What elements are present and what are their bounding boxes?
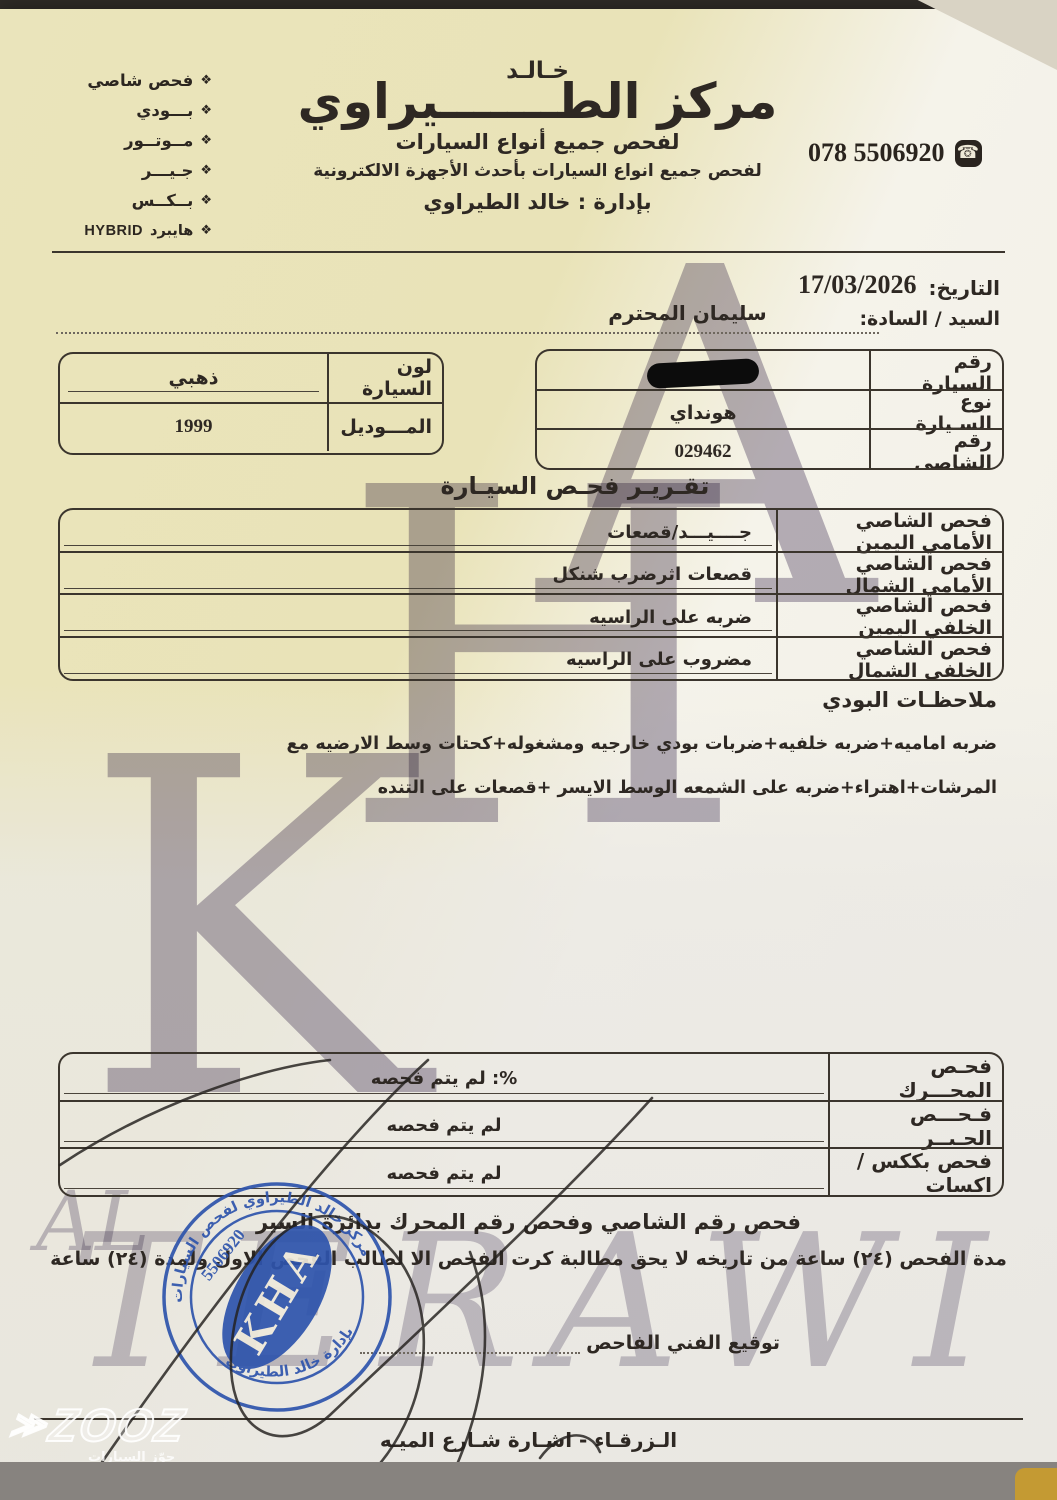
- table-row: لون السيارة ذهبي: [60, 354, 442, 402]
- center-subtitle-2: لفحص جميع انواع السيارات بأحدث الأجهزة ا…: [225, 161, 850, 181]
- inspection-value: ضربه على الراسيه: [60, 595, 776, 639]
- center-title: مركز الطـــــــيراوي: [225, 74, 850, 130]
- header-divider: [52, 251, 1005, 253]
- zooz-logo: ≫ ZOOZ: [7, 1402, 243, 1448]
- inspection-label: فحص الشاصي الأمامي اليمين: [776, 510, 1002, 554]
- zooz-logo-text: ZOOZ: [46, 1402, 188, 1448]
- inspection-label: فحص الشاصي الخلفي الشمال: [776, 638, 1002, 682]
- service-label: بـــودي: [136, 96, 193, 126]
- table-row: فحص الشاصي الأمامي اليمين جــــيـــد/قصع…: [60, 510, 1002, 551]
- diamond-bullet-icon: ❖: [200, 96, 212, 126]
- letterhead: خـالـد مركز الطـــــــيراوي لفحص جميع أن…: [225, 58, 850, 214]
- management-line: بإدارة : خالد الطيراوي: [225, 190, 850, 214]
- phone-icon: ☎: [955, 140, 982, 167]
- chassis-number-value: 029462: [537, 430, 869, 470]
- body-notes-title: ملاحظـات البودي: [822, 688, 997, 712]
- inspection-value: مضروب على الراسيه: [60, 638, 776, 682]
- phone-block: 078 5506920 ☎: [808, 138, 982, 168]
- redaction-bar: [646, 358, 759, 389]
- table-row: رقم الشاصي 029462: [537, 428, 1002, 468]
- hybrid-label-en: HYBRID: [84, 216, 143, 246]
- colour-value-text: ذهبي: [169, 367, 219, 389]
- service-item: ❖جـيـــر: [52, 156, 212, 186]
- gear-check-label: فـحـــص الجـيــر: [828, 1102, 1002, 1150]
- address-line: الـزرقـاء - اشـارة شـارع الميـه: [200, 1428, 857, 1452]
- table-row: نوع السـيارة هونداي: [537, 389, 1002, 429]
- table-row: المـــوديل 1999: [60, 402, 442, 452]
- engine-check-value: %: لم يتم فحصه: [60, 1054, 828, 1102]
- signature-row: توقيع الفني الفاحص: [360, 1332, 780, 1354]
- service-label: مــوتــور: [124, 126, 193, 156]
- photo-background-bottom: [0, 1462, 1057, 1500]
- date-label: التاريخ:: [929, 276, 1000, 300]
- table-row: فحص الشاصي الخلفي اليمين ضربه على الراسي…: [60, 593, 1002, 636]
- signature-label: توقيع الفني الفاحص: [586, 1332, 780, 1354]
- body-notes-text: ضربه اماميه+ضربه خلفيه+ضربات بودي خارجيه…: [130, 722, 997, 810]
- colour-rule-line: [68, 391, 319, 392]
- inspection-label: فحص الشاصي الخلفي اليمين: [776, 595, 1002, 639]
- customer-label: السيد / السادة:: [859, 308, 1000, 330]
- hybrid-label-ar: هايبرد: [150, 216, 193, 246]
- diamond-bullet-icon: ❖: [200, 216, 212, 246]
- mechanical-inspection-table: فحـص المحـــرك %: لم يتم فحصه فـحـــص ال…: [58, 1052, 1004, 1197]
- scanned-inspection-report: K H A AL TERAWI ❖فحص شاصي ❖بـــودي ❖مــو…: [0, 0, 1057, 1500]
- service-label: فحص شاصي: [87, 66, 193, 96]
- service-item: ❖بـــودي: [52, 96, 212, 126]
- service-item: ❖بــكــس: [52, 186, 212, 216]
- service-label: جـيـــر: [142, 156, 193, 186]
- diamond-bullet-icon: ❖: [200, 156, 212, 186]
- date-value: 17/03/2026: [798, 270, 916, 300]
- report-title: تقـريـر فحـص السيـارة: [340, 472, 810, 500]
- services-list: ❖فحص شاصي ❖بـــودي ❖مــوتــور ❖جـيـــر ❖…: [52, 66, 212, 246]
- model-label: المـــوديل: [327, 404, 442, 452]
- service-item: ❖فحص شاصي: [52, 66, 212, 96]
- customer-value: سليمان المحترم: [555, 301, 820, 325]
- inspection-value: قصعات اثرضرب شنكل: [60, 553, 776, 597]
- zooz-arrow-icon: ≫: [8, 1408, 50, 1442]
- chassis-inspection-table: فحص الشاصي الأمامي اليمين جــــيـــد/قصع…: [58, 508, 1004, 681]
- colour-value: ذهبي: [60, 354, 327, 402]
- table-row: فحـص المحـــرك %: لم يتم فحصه: [60, 1054, 1002, 1100]
- vehicle-info-table: رقم السيارة نوع السـيارة هونداي رقم الشا…: [535, 349, 1004, 470]
- axle-check-label: فحص بككس / اكسات: [828, 1149, 1002, 1197]
- table-row: فحص الشاصي الخلفي الشمال مضروب على الراس…: [60, 636, 1002, 679]
- service-item: ❖مــوتــور: [52, 126, 212, 156]
- service-label: بــكــس: [132, 186, 194, 216]
- table-row: رقم السيارة: [537, 351, 1002, 389]
- engine-check-label: فحـص المحـــرك: [828, 1054, 1002, 1102]
- diamond-bullet-icon: ❖: [200, 126, 212, 156]
- center-subtitle-1: لفحص جميع أنواع السيارات: [225, 130, 850, 154]
- zooz-watermark: ≫ ZOOZ جوّز السيارات: [10, 1402, 240, 1465]
- diamond-bullet-icon: ❖: [200, 186, 212, 216]
- axle-check-value: لم يتم فحصه: [60, 1149, 828, 1197]
- phone-number: 078 5506920: [808, 138, 945, 168]
- inspection-label: فحص الشاصي الأمامي الشمال: [776, 553, 1002, 597]
- inspection-value: جــــيـــد/قصعات: [60, 510, 776, 554]
- diamond-bullet-icon: ❖: [200, 66, 212, 96]
- chassis-number-label: رقم الشاصي: [869, 430, 1002, 470]
- model-value: 1999: [60, 404, 327, 452]
- service-item-hybrid: ❖ هايبرد HYBRID: [52, 216, 212, 246]
- table-row: فـحـــص الجـيــر لم يتم فحصه: [60, 1100, 1002, 1148]
- colour-label: لون السيارة: [327, 354, 442, 402]
- colour-model-table: لون السيارة ذهبي المـــوديل 1999: [58, 352, 444, 455]
- gear-check-value: لم يتم فحصه: [60, 1102, 828, 1150]
- photo-background-corner: [1015, 1468, 1057, 1500]
- table-row: فحص بككس / اكسات لم يتم فحصه: [60, 1147, 1002, 1195]
- table-row: فحص الشاصي الأمامي الشمال قصعات اثرضرب ش…: [60, 551, 1002, 594]
